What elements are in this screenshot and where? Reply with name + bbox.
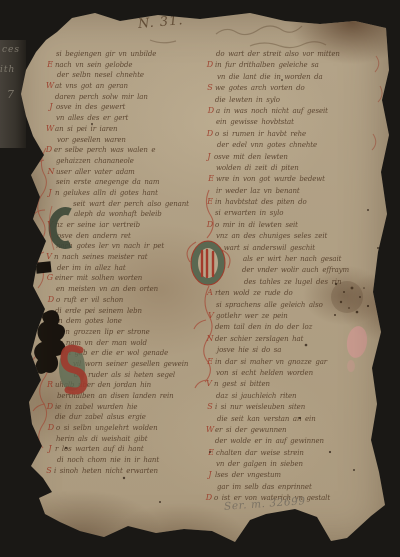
manuscript-line: gar im selb das enprinnet — [217, 474, 379, 485]
text-column-left: si begiengen gir vn unbildeEnach vn sein… — [56, 41, 206, 469]
manuscript-line: der vnder wolir auch effraym — [215, 257, 377, 268]
line-text: osve den andern ret — [57, 232, 131, 240]
rubric-initial: W — [45, 81, 55, 90]
manuscript-line: Enach vn sein gelobde — [56, 52, 206, 63]
manuscript-line: Vgotlehr wer ze pein — [217, 303, 379, 314]
rubric-initial: J — [204, 152, 214, 161]
rubric-initial: W — [45, 124, 55, 133]
rubric-initial: D — [206, 243, 216, 252]
manuscript-line: die dur zabel alsus ergie — [55, 404, 205, 415]
parchment-page: N. 31. si begiengen gir vn unbildeEnach … — [0, 0, 400, 557]
line-text: o si selbn ungelehrt wolden — [56, 424, 157, 432]
line-text: der im in allez hat — [57, 264, 126, 272]
rubric-initial: E — [206, 174, 216, 183]
manuscript-line: si erwarten in sylo — [215, 200, 377, 211]
manuscript-line: osve den andern ret — [57, 223, 207, 234]
rubric-initial: E — [206, 448, 216, 457]
line-text: osve in des gewert — [56, 103, 125, 111]
line-text: vn die lant die in worden da — [217, 73, 323, 81]
manuscript-line: Si sinoh heten nicht erwarten — [55, 458, 205, 469]
manuscript-line: do wart der streit also vor mitten — [216, 41, 378, 52]
rubric-initial: E — [205, 197, 215, 206]
manuscript-line: der im in allez hat — [57, 255, 207, 266]
rubric-initial: V — [44, 252, 54, 261]
edge-mark: ith — [0, 65, 15, 75]
rubric-initial: D — [206, 106, 216, 115]
manuscript-line: vn die lant die in worden da — [217, 64, 379, 75]
manuscript-line: Din fur drithalben geleiche sa — [216, 52, 378, 63]
rubric-initial: N — [205, 334, 215, 343]
rubric-initial: S — [44, 466, 54, 475]
rubric-initial: J — [45, 444, 55, 453]
manuscript-line: berthalben an disen landen rein — [57, 383, 207, 394]
manuscript-line: vor gesellen waren — [57, 127, 207, 138]
line-text: n gest si bitten — [214, 380, 270, 388]
manuscript-line: der wolde er in auf gewinnen — [215, 428, 377, 439]
manuscript-line: Vnz er seine iar vertreib — [56, 212, 206, 223]
edge-mark: ces — [2, 45, 20, 55]
manuscript-line: Ruhalb uber den jordan hin — [56, 372, 206, 383]
line-text: i sinoh heten nicht erwarten — [54, 467, 158, 475]
line-text: di erde pei seinem lebn — [55, 307, 142, 315]
rubric-initial: S — [205, 83, 215, 92]
manuscript-line: Echalten dar weise strein — [217, 440, 379, 451]
manuscript-line: Do ruft er vil schon — [57, 287, 207, 298]
manuscript-line: Vn gest si bitten — [215, 371, 377, 382]
rubric-initial: D — [44, 145, 54, 154]
line-text: seit wart der perch also genant — [73, 200, 189, 208]
manuscript-line: josve hie si do sa — [217, 337, 379, 348]
manuscript-line: vil worn seiner gesellen gewein — [55, 351, 205, 362]
line-text: user aller vater adam — [56, 168, 135, 176]
line-text: der selbn nesel chnehte — [57, 71, 144, 79]
manuscript-line: Da in was noch nicht auf geseit — [217, 98, 379, 109]
folio-number-annotation: N. 31. — [137, 13, 184, 32]
rubric-initial: D — [45, 338, 55, 347]
line-text: er selbe perch was walen e — [54, 146, 155, 154]
line-text: chalten dar weise strein — [216, 449, 304, 457]
line-text: o wart si anderswil geschit — [216, 244, 315, 252]
manuscript-line: die lewten in sylo — [215, 87, 377, 98]
rubric-initial: D — [46, 423, 56, 432]
manuscript-line: den grozzen lip er strone — [57, 319, 207, 330]
manuscript-line: Jr los warten auf di hant — [56, 436, 206, 447]
rubric-initial: W — [205, 425, 215, 434]
rubric-initial: S — [205, 402, 215, 411]
manuscript-line: di erde pei seinem lebn — [55, 298, 205, 309]
line-text: des tahles ze lugel des rin — [244, 278, 341, 286]
manuscript-line: des tahles ze lugel des rin — [217, 269, 379, 280]
manuscript-line: di noch chom nie in ir hant — [57, 447, 207, 458]
rubric-initial: D — [205, 129, 215, 138]
manuscript-line: Der selbe perch was walen e — [55, 137, 205, 148]
manuscript-line: vnz an des chuniges seles zeit — [216, 223, 378, 234]
rubric-initial: N — [46, 167, 56, 176]
manuscript-line: en meisten vn an den orten — [56, 276, 206, 287]
rubric-initial: V — [204, 379, 214, 388]
line-text: die seit kan verstan an ein — [217, 415, 316, 423]
line-text: berthalben an disen landen rein — [57, 392, 174, 400]
rubric-initial: D — [204, 493, 214, 502]
text-column-right: do wart der streit also vor mittenDin fu… — [216, 41, 378, 497]
manuscript-line: Do si rumen ir havbt rehe — [216, 121, 378, 132]
line-text: osve mit den lewten — [214, 153, 288, 161]
manuscript-line: Josve in des gewert — [57, 94, 207, 105]
manuscript-line: Nuser aller vater adam — [57, 159, 207, 170]
manuscript-line: Ewre in von got wurde bedewt — [217, 166, 379, 177]
manuscript-line: Jn gelukes alln di gotes hant — [56, 180, 206, 191]
manuscript-line: daren perch solw mir lan — [55, 84, 205, 95]
rubric-initial: J — [205, 470, 215, 479]
parchment-hole — [36, 261, 52, 274]
line-text: si erwarten in sylo — [215, 209, 283, 217]
line-text: a in was noch nicht auf geseit — [216, 107, 328, 115]
manuscript-photo: ces ith 7 N. 31. si begiengen gir vn unb… — [0, 0, 400, 557]
manuscript-line: dem gab er die er wol genade — [56, 340, 206, 351]
edge-mark: 7 — [7, 88, 15, 101]
manuscript-line: si begiengen gir vn unbilde — [56, 41, 206, 52]
line-text: dem tail den in do der loz — [215, 323, 312, 331]
manuscript-line: Do wart si anderswil geschit — [217, 235, 379, 246]
manuscript-line: der edel vnn gotes chnehte — [217, 132, 379, 143]
rubric-initial: D — [45, 402, 55, 411]
manuscript-line: si sprachens alle geleich also — [216, 292, 378, 303]
rubric-initial: R — [45, 380, 55, 389]
rubric-initial: A — [205, 288, 215, 297]
rubric-initial: E — [205, 357, 215, 366]
rubric-initial: E — [45, 60, 55, 69]
manuscript-line: Do si selbn ungelehrt wolden — [57, 415, 207, 426]
line-text: den grozzen lip er strone — [57, 328, 150, 336]
manuscript-line: Wan si pei ir iaren — [56, 116, 206, 127]
manuscript-line: von si echt helden worden — [216, 360, 378, 371]
rubric-initial: V — [45, 220, 55, 229]
manuscript-line: Vn nach seines meister rat — [55, 244, 205, 255]
rubric-initial: J — [45, 188, 55, 197]
manuscript-line: Josve mit den lewten — [215, 144, 377, 155]
manuscript-line: die seit kan verstan an ein — [217, 406, 379, 417]
manuscript-line: dem tail den in do der loz — [215, 314, 377, 325]
rubric-initial: D — [205, 60, 215, 69]
line-text: wre in von got wurde bedewt — [216, 175, 325, 183]
rubric-initial: G — [45, 273, 55, 282]
manuscript-line: seit wart der perch also genant — [55, 191, 205, 202]
rubric-initial: J — [46, 102, 56, 111]
manuscript-line: Si si nur weisleuben siten — [216, 394, 378, 405]
line-text: vil worn seiner gesellen gewein — [73, 360, 188, 368]
line-text: josve hie si do sa — [217, 346, 281, 354]
manuscript-line: Ein havbtstat des piten do — [216, 189, 378, 200]
rubric-initial: D — [205, 220, 215, 229]
manuscript-line: der selbn nesel chnehte — [57, 62, 207, 73]
